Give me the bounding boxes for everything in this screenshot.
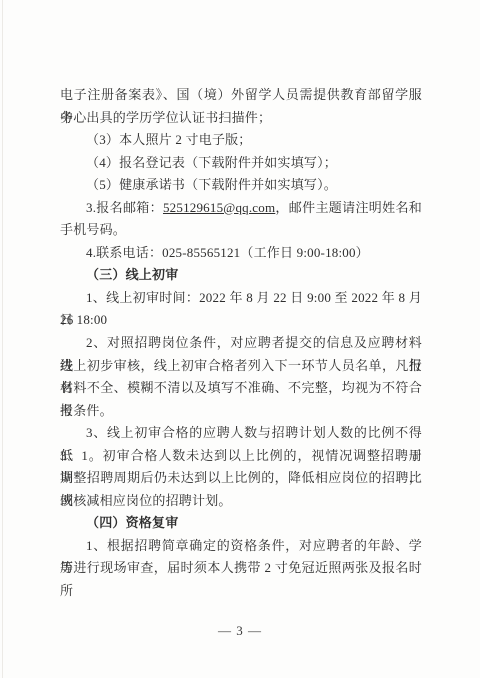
- text-line: （4）报名登记表（下载附件并如实填写）；: [60, 152, 422, 175]
- scan-edge-line: [2, 0, 3, 678]
- text-line: 考条件。: [60, 400, 422, 423]
- line-segment: 3.报名邮箱：: [86, 200, 163, 215]
- text-line: 1、根据招聘简章确定的资格条件，对应聘者的年龄、学历: [60, 535, 422, 558]
- line-segment: ，邮件主题请注明姓名和: [275, 200, 422, 215]
- page-number: — 3 —: [0, 623, 480, 639]
- text-line: 3：1。初审合格人数未达到以上比例的，视情况调整招聘周期，: [60, 445, 422, 468]
- text-line: 材料不全、模糊不清以及填写不准确、不完整，均视为不符合报: [60, 377, 422, 400]
- text-line: 线上初步审核，线上初审合格者列入下一环节人员名单，凡报名: [60, 355, 422, 378]
- text-line: 中心出具的学历学位认证书扫描件；: [60, 107, 422, 130]
- text-line: 等进行现场审查，届时须本人携带 2 寸免冠近照两张及报名时所: [60, 557, 422, 580]
- document-lines: 电子注册备案表》、国（境）外留学人员需提供教育部留学服务中心出具的学历学位认证书…: [60, 84, 422, 580]
- scanned-document-page: 电子注册备案表》、国（境）外留学人员需提供教育部留学服务中心出具的学历学位认证书…: [0, 0, 480, 678]
- email-text: 525129615@qq.com: [163, 200, 275, 215]
- text-line: 或核减相应岗位的招聘计划。: [60, 490, 422, 513]
- text-line: 3、线上初审合格的应聘人数与招聘计划人数的比例不得低于: [60, 422, 422, 445]
- text-line: 1、线上初审时间：2022 年 8 月 22 日 9:00 至 2022 年 8…: [60, 287, 422, 310]
- text-line: 调整招聘周期后仍未达到以上比例的，降低相应岗位的招聘比例: [60, 467, 422, 490]
- section-heading: （三）线上初审: [60, 264, 422, 287]
- text-line: 3.报名邮箱：525129615@qq.com，邮件主题请注明姓名和: [60, 197, 422, 220]
- text-line: 手机号码。: [60, 219, 422, 242]
- text-line: （3）本人照片 2 寸电子版；: [60, 129, 422, 152]
- text-line: 2、对照招聘岗位条件，对应聘者提交的信息及应聘材料进行: [60, 332, 422, 355]
- text-line: 日 18:00: [60, 309, 422, 332]
- text-line: 4.联系电话：025-85565121（工作日 9:00-18:00）: [60, 242, 422, 265]
- text-line: （5）健康承诺书（下载附件并如实填写）。: [60, 174, 422, 197]
- text-line: 电子注册备案表》、国（境）外留学人员需提供教育部留学服务: [60, 84, 422, 107]
- section-heading: （四）资格复审: [60, 512, 422, 535]
